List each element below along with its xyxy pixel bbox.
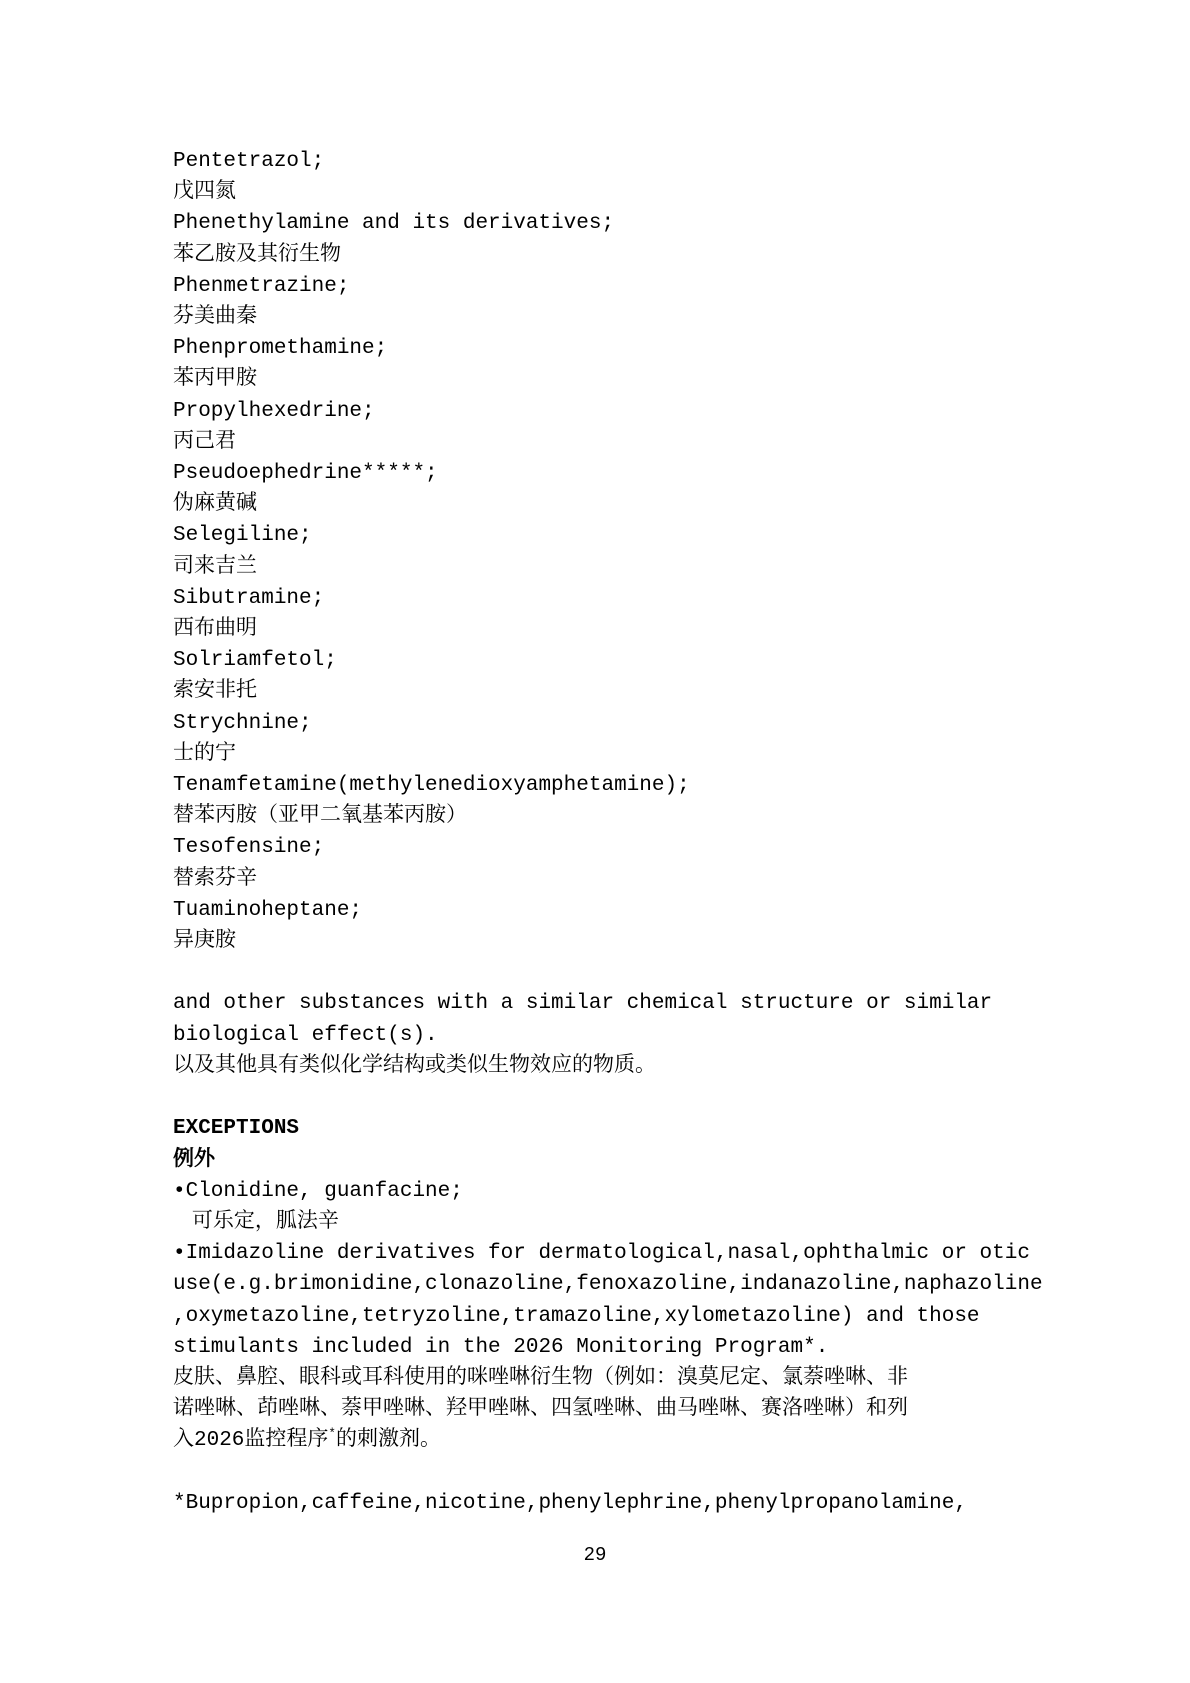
text-line: [173, 957, 1113, 988]
text-line: Strychnine;: [173, 708, 1113, 739]
text-line: Phenethylamine and its derivatives;: [173, 208, 1113, 239]
text-line: Sibutramine;: [173, 583, 1113, 614]
text-line: 苯丙甲胺: [173, 364, 1113, 395]
text-line: [173, 1082, 1113, 1113]
text-line: 皮肤、鼻腔、眼科或耳科使用的咪唑啉衍生物（例如：溴莫尼定、氯萘唑啉、非: [173, 1363, 1113, 1394]
text-line: Propylhexedrine;: [173, 396, 1113, 427]
monitoring-program-zh-line: 入2026监控程序*的刺激剂。: [173, 1425, 1113, 1456]
text-line: 替苯丙胺（亚甲二氧基苯丙胺）: [173, 801, 1113, 832]
text-line: 替索芬辛: [173, 864, 1113, 895]
text-line: Pseudoephedrine*****;: [173, 458, 1113, 489]
section-heading-exceptions-zh: 例外: [173, 1145, 1113, 1176]
text-line: [173, 1457, 1113, 1488]
page-number: 29: [0, 1542, 1190, 1568]
text-line: 伪麻黄碱: [173, 489, 1113, 520]
text-line: *Bupropion,caffeine,nicotine,phenylephri…: [173, 1488, 1113, 1519]
text-line: and other substances with a similar chem…: [173, 988, 1113, 1019]
section-heading-exceptions-en: EXCEPTIONS: [173, 1113, 1113, 1144]
text-line: 索安非托: [173, 676, 1113, 707]
text-line: Selegiline;: [173, 520, 1113, 551]
text-line: 苯乙胺及其衍生物: [173, 240, 1113, 271]
text-line: Pentetrazol;: [173, 146, 1113, 177]
text-line: 异庚胺: [173, 926, 1113, 957]
text-line: 士的宁: [173, 739, 1113, 770]
text-line: Tesofensine;: [173, 832, 1113, 863]
text-line: Phenmetrazine;: [173, 271, 1113, 302]
text-line: biological effect(s).: [173, 1020, 1113, 1051]
text-line: •Imidazoline derivatives for dermatologi…: [173, 1238, 1113, 1269]
text-line: 诺唑啉、茚唑啉、萘甲唑啉、羟甲唑啉、四氢唑啉、曲马唑啉、赛洛唑啉）和列: [173, 1394, 1113, 1425]
text-line: Tuaminoheptane;: [173, 895, 1113, 926]
document-body: Pentetrazol;戊四氮Phenethylamine and its de…: [173, 146, 1113, 1519]
text-line: 以及其他具有类似化学结构或类似生物效应的物质。: [173, 1051, 1113, 1082]
text-line: •Clonidine, guanfacine;: [173, 1176, 1113, 1207]
text-line: 戊四氮: [173, 177, 1113, 208]
document-page: Pentetrazol;戊四氮Phenethylamine and its de…: [0, 0, 1190, 1683]
text-line: Tenamfetamine(methylenedioxyamphetamine)…: [173, 770, 1113, 801]
text-line: stimulants included in the 2026 Monitori…: [173, 1332, 1113, 1363]
text-line: 西布曲明: [173, 614, 1113, 645]
text-line: 可乐定，胍法辛: [173, 1207, 1113, 1238]
text-line: 丙己君: [173, 427, 1113, 458]
text-line: Phenpromethamine;: [173, 333, 1113, 364]
text-line: Solriamfetol;: [173, 645, 1113, 676]
text-line: ,oxymetazoline,tetryzoline,tramazoline,x…: [173, 1301, 1113, 1332]
text-line: 芬美曲秦: [173, 302, 1113, 333]
text-line: use(e.g.brimonidine,clonazoline,fenoxazo…: [173, 1269, 1113, 1300]
text-line: 司来吉兰: [173, 552, 1113, 583]
